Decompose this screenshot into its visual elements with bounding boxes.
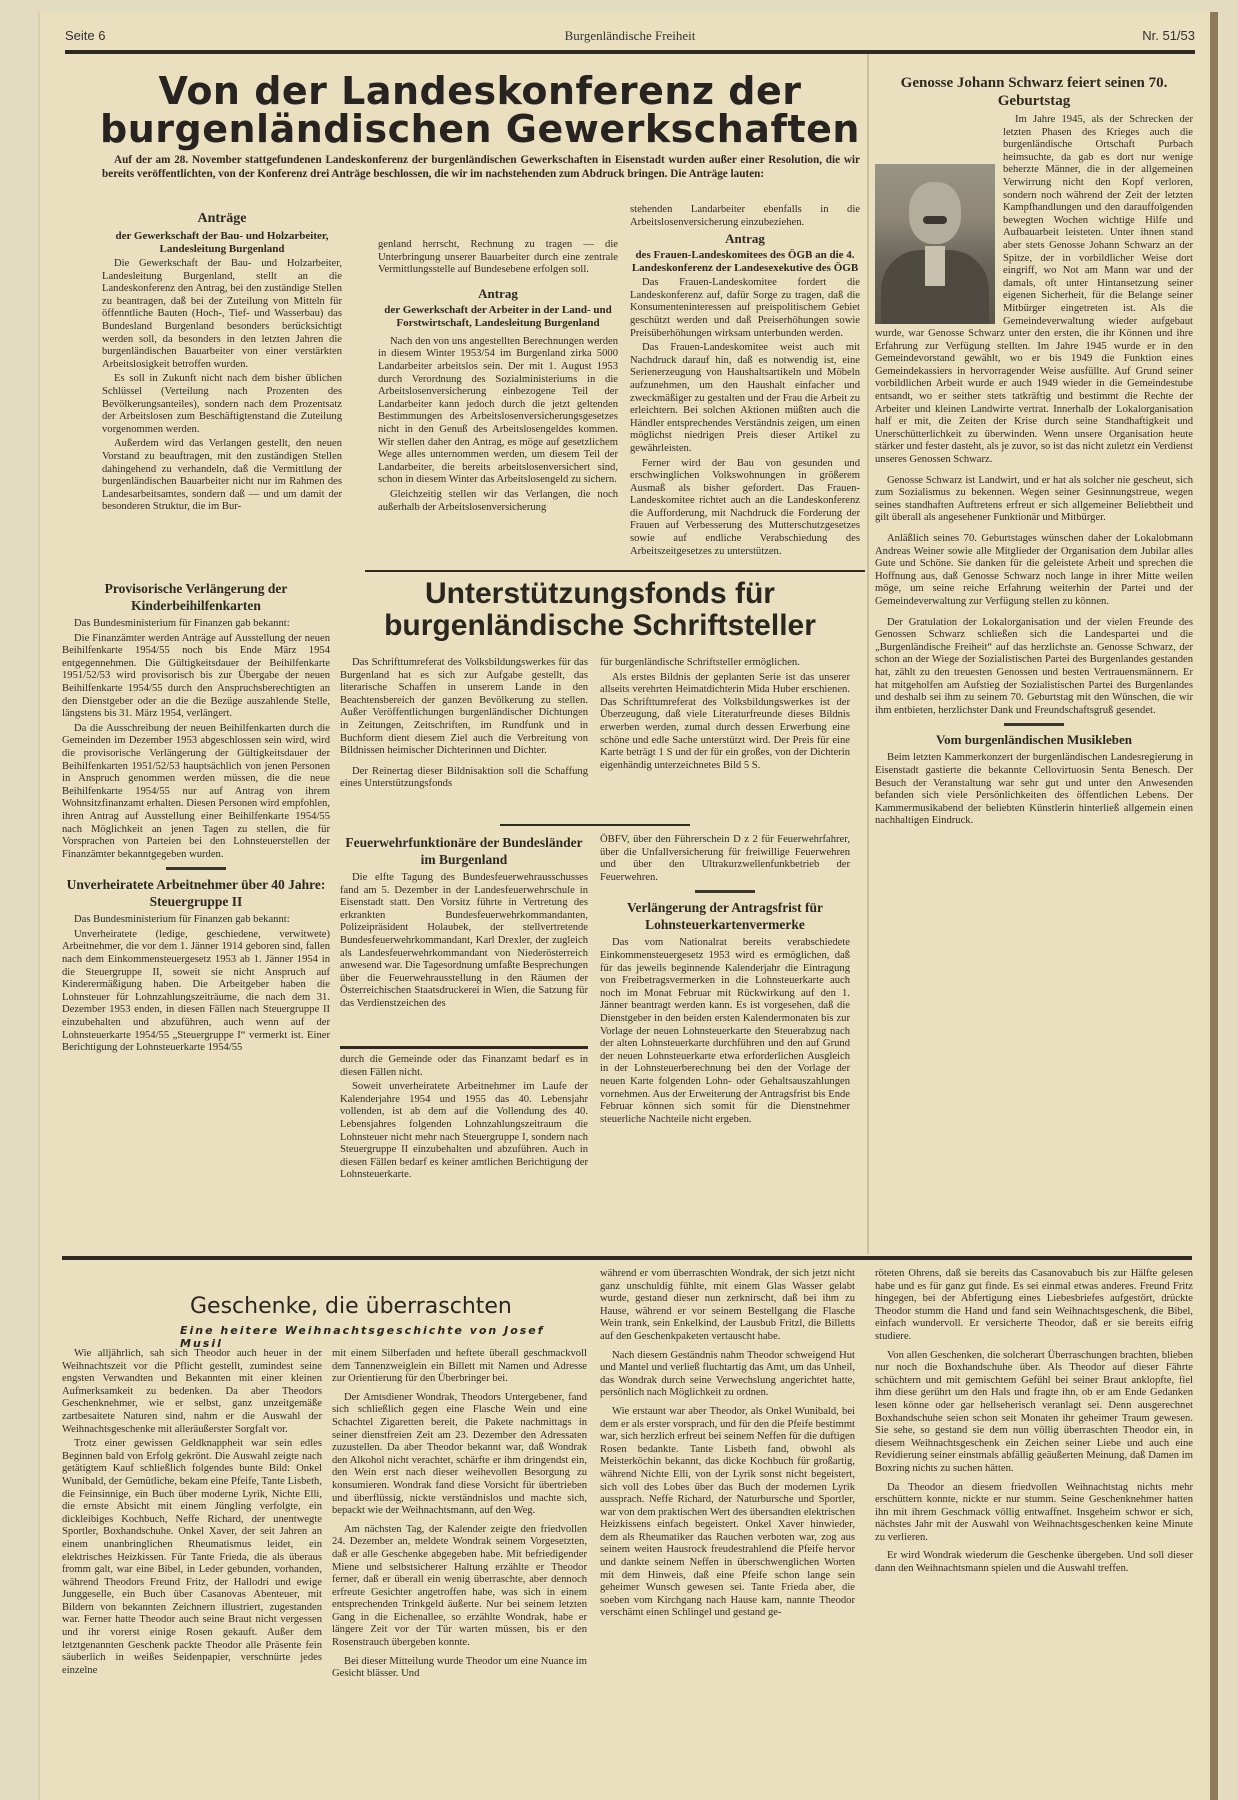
geschenke-p: Wie alljährlich, sah sich Theodor auch h… [62, 1348, 322, 1436]
fonds-col-1: Das Schrifttumreferat des Volksbildungsw… [340, 657, 588, 793]
separator [166, 867, 226, 870]
feuerwehr-p2: ÖBFV, über den Führerschein D z 2 für Fe… [600, 834, 850, 884]
antrag1-cont: genland herrscht, Rechnung zu tragen — d… [378, 239, 618, 277]
unverheiratete-p2: Unverheiratete (ledige, geschiedene, ver… [62, 929, 330, 1055]
antragsfrist-headline: Verlängerung der Antragsfrist für Lohnst… [600, 899, 850, 933]
fonds-p4: Als erstes Bildnis der geplanten Serie i… [600, 672, 850, 773]
fonds-p3: für burgenländische Schriftsteller ermög… [600, 657, 850, 670]
kinder-p2: Die Finanzämter werden Anträge auf Ausst… [62, 633, 330, 721]
separator [1004, 723, 1064, 726]
antrag2-subheading: der Gewerkschaft der Arbeiter in der Lan… [378, 304, 618, 330]
main-col-1: Anträge der Gewerkschaft der Bau- und Ho… [102, 210, 342, 516]
antrag3-subheading: des Frauen-Landeskomitees des ÖGB an die… [630, 249, 860, 275]
main-col-3: stehenden Landarbeiter ebenfalls in die … [630, 156, 860, 560]
geschenke-subtitle: Eine heitere Weihnachtsgeschichte von Jo… [180, 1324, 560, 1350]
geschenke-p: während er vom überraschten Wondrak, der… [600, 1268, 855, 1344]
kinder-article: Provisorische Verlängerung der Kinderbei… [62, 580, 330, 1057]
antrag1-subheading: der Gewerkschaft der Bau- und Holzarbeit… [102, 230, 342, 256]
antrag3-p3: Ferner wird der Bau von gesunden und ers… [630, 458, 860, 559]
section-rule [340, 1046, 588, 1049]
fonds-headline: Unterstützungsfonds für burgenländische … [340, 578, 860, 642]
unverheiratete-p3: durch die Gemeinde oder das Finanzamt be… [340, 1054, 588, 1079]
kinder-p3: Da die Ausschreibung der neuen Beihilfen… [62, 723, 330, 862]
antragsfrist-p1: Das vom Nationalrat bereits verabschiede… [600, 937, 850, 1126]
section-rule [500, 824, 690, 826]
fonds-col-2: für burgenländische Schriftsteller ermög… [600, 657, 850, 774]
geschenke-col-3: während er vom überraschten Wondrak, der… [600, 1268, 855, 1622]
geschenke-p: Am nächsten Tag, der Kalender zeigte den… [332, 1524, 587, 1650]
section-rule [365, 570, 865, 572]
schwarz-article: Genosse Johann Schwarz feiert seinen 70.… [875, 74, 1193, 830]
antrag1-p3: Außerdem wird das Verlangen gestellt, de… [102, 438, 342, 514]
geschenke-p: Wie erstaunt war aber Theodor, als Onkel… [600, 1406, 855, 1620]
antrag1-p1: Die Gewerkschaft der Bau- und Holzarbeit… [102, 258, 342, 371]
newspaper-name: Burgenländische Freiheit [65, 28, 1195, 44]
geschenke-p: röteten Ohrens, daß sie bereits das Casa… [875, 1268, 1193, 1344]
antrag1-p2: Es soll in Zukunft nicht nach dem bisher… [102, 373, 342, 436]
unverheiratete-p1: Das Bundesministerium für Finanzen gab b… [62, 914, 330, 927]
issue-number: Nr. 51/53 [1142, 28, 1195, 43]
unverheiratete-cont: durch die Gemeinde oder das Finanzamt be… [340, 1054, 588, 1184]
kinder-p1: Das Bundesministerium für Finanzen gab b… [62, 618, 330, 631]
feuerwehr-p1: Die elfte Tagung des Bundesfeuerwehrauss… [340, 872, 588, 1011]
kinder-headline: Provisorische Verlängerung der Kinderbei… [62, 580, 330, 614]
fonds-p2: Der Reinertag dieser Bildnisaktion soll … [340, 766, 588, 791]
antrag2-heading: Antrag [378, 285, 618, 302]
portrait-photo-icon [875, 164, 995, 324]
fonds-p1: Das Schrifttumreferat des Volksbildungsw… [340, 657, 588, 758]
geschenke-headline: Geschenke, die überraschten [190, 1294, 520, 1319]
antrag3-p2: Das Frauen-Landeskomitee weist auch mit … [630, 342, 860, 455]
masthead: Seite 6 Burgenländische Freiheit Nr. 51/… [65, 28, 1195, 48]
separator [695, 890, 755, 893]
schwarz-p4: Der Gratulation der Lokalorganisation un… [875, 617, 1193, 718]
geschenke-p: Nach diesem Geständnis nahm Theodor schw… [600, 1350, 855, 1400]
schwarz-headline: Genosse Johann Schwarz feiert seinen 70.… [875, 74, 1193, 110]
geschenke-p: Da Theodor an diesem friedvollen Weihnac… [875, 1482, 1193, 1545]
feuerwehr-cont: ÖBFV, über den Führerschein D z 2 für Fe… [600, 834, 850, 1128]
feuerwehr-headline: Feuerwehrfunktionäre der Bundesländer im… [340, 834, 588, 868]
geschenke-p: Bei dieser Mitteilung wurde Theodor um e… [332, 1656, 587, 1681]
schwarz-p2: Genosse Schwarz ist Landwirt, und er hat… [875, 475, 1193, 525]
main-col-2: genland herrscht, Rechnung zu tragen — d… [378, 239, 618, 516]
geschenke-p: Trotz einer gewissen Geldknappheit war s… [62, 1438, 322, 1677]
geschenke-col-1: Wie alljährlich, sah sich Theodor auch h… [62, 1348, 322, 1679]
column-divider [867, 54, 869, 1254]
geschenke-col-4: röteten Ohrens, daß sie bereits das Casa… [875, 1268, 1193, 1578]
antrag3-heading: Antrag [630, 231, 860, 247]
antrag2-cont: stehenden Landarbeiter ebenfalls in die … [630, 204, 860, 229]
musik-headline: Vom burgenländischen Musikleben [875, 732, 1193, 748]
unverheiratete-headline: Unverheiratete Arbeitnehmer über 40 Jahr… [62, 876, 330, 910]
antrag3-p1: Das Frauen-Landeskomitee fordert die Lan… [630, 277, 860, 340]
schwarz-p3: Anläßlich seines 70. Geburtstages wünsch… [875, 533, 1193, 609]
newspaper-page: Seite 6 Burgenländische Freiheit Nr. 51/… [38, 12, 1218, 1800]
masthead-rule [65, 50, 1195, 54]
geschenke-p: Der Amtsdiener Wondrak, Theodors Unterge… [332, 1392, 587, 1518]
geschenke-p: Von allen Geschenken, die solcherart Übe… [875, 1350, 1193, 1476]
antraege-heading: Anträge [102, 210, 342, 228]
antrag2-p2: Gleichzeitig stellen wir das Verlangen, … [378, 489, 618, 514]
geschenke-p: mit einem Silberfaden und heftete überal… [332, 1348, 587, 1386]
antrag2-p1: Nach den von uns angestellten Berechnung… [378, 336, 618, 487]
section-rule [62, 1256, 1192, 1260]
musik-p1: Beim letzten Kammerkonzert der burgenlän… [875, 752, 1193, 828]
geschenke-col-2: mit einem Silberfaden und heftete überal… [332, 1348, 587, 1683]
geschenke-p: Er wird Wondrak wiederum die Geschenke ü… [875, 1550, 1193, 1575]
main-headline: Von der Landeskonferenz der burgenländis… [100, 72, 860, 148]
feuerwehr-article: Feuerwehrfunktionäre der Bundesländer im… [340, 834, 588, 1013]
unverheiratete-p4: Soweit unverheiratete Arbeitnehmer im La… [340, 1081, 588, 1182]
